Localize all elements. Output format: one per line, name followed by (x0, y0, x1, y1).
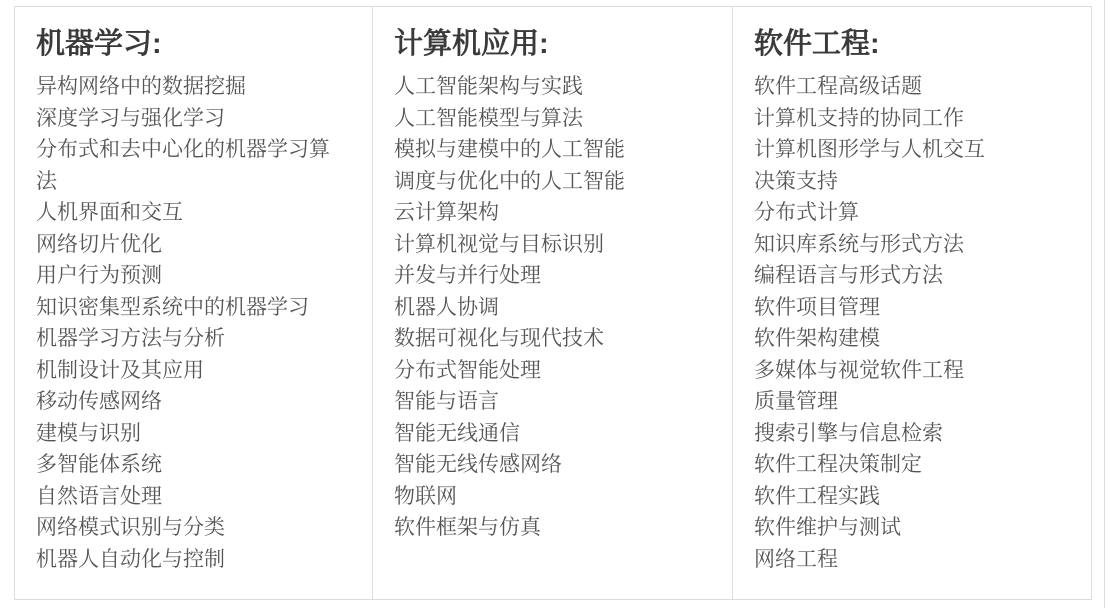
topic-list-computer-applications: 人工智能架构与实践人工智能模型与算法模拟与建模中的人工智能调度与优化中的人工智能… (394, 71, 692, 544)
topic-item: 深度学习与强化学习 (36, 103, 332, 135)
topic-item: 知识库系统与形式方法 (754, 229, 1051, 261)
column-title-machine-learning: 机器学习: (36, 27, 332, 62)
topic-item: 机器人自动化与控制 (36, 544, 332, 576)
topic-item: 机器人协调 (394, 292, 692, 324)
topic-item: 计算机支持的协同工作 (754, 103, 1051, 135)
topic-item: 软件项目管理 (754, 292, 1051, 324)
column-machine-learning: 机器学习: 异构网络中的数据挖掘深度学习与强化学习分布式和去中心化的机器学习算法… (15, 7, 372, 599)
topic-item: 多媒体与视觉软件工程 (754, 355, 1051, 387)
topic-item: 决策支持 (754, 166, 1051, 198)
topic-item: 软件工程实践 (754, 481, 1051, 513)
column-computer-applications: 计算机应用: 人工智能架构与实践人工智能模型与算法模拟与建模中的人工智能调度与优… (372, 7, 732, 599)
topic-item: 分布式计算 (754, 197, 1051, 229)
topic-item: 调度与优化中的人工智能 (394, 166, 692, 198)
topic-item: 异构网络中的数据挖掘 (36, 71, 332, 103)
topic-item: 数据可视化与现代技术 (394, 323, 692, 355)
topic-item: 网络工程 (754, 544, 1051, 576)
topics-page: 机器学习: 异构网络中的数据挖掘深度学习与强化学习分布式和去中心化的机器学习算法… (0, 0, 1106, 608)
topic-item: 软件工程决策制定 (754, 449, 1051, 481)
topic-item: 网络切片优化 (36, 229, 332, 261)
topic-item: 分布式和去中心化的机器学习算法 (36, 134, 332, 197)
topic-item: 网络模式识别与分类 (36, 512, 332, 544)
topic-item: 人工智能模型与算法 (394, 103, 692, 135)
topic-item: 建模与识别 (36, 418, 332, 450)
topic-item: 软件工程高级话题 (754, 71, 1051, 103)
column-software-engineering: 软件工程: 软件工程高级话题计算机支持的协同工作计算机图形学与人机交互决策支持分… (732, 7, 1091, 599)
topic-item: 移动传感网络 (36, 386, 332, 418)
topic-item: 软件架构建模 (754, 323, 1051, 355)
topic-item: 人机界面和交互 (36, 197, 332, 229)
topic-item: 软件框架与仿真 (394, 512, 692, 544)
topic-item: 质量管理 (754, 386, 1051, 418)
column-title-software-engineering: 软件工程: (754, 27, 1051, 62)
topics-table: 机器学习: 异构网络中的数据挖掘深度学习与强化学习分布式和去中心化的机器学习算法… (14, 6, 1092, 600)
topic-item: 多智能体系统 (36, 449, 332, 481)
column-title-computer-applications: 计算机应用: (394, 27, 692, 62)
topic-item: 计算机视觉与目标识别 (394, 229, 692, 261)
topic-item: 智能无线传感网络 (394, 449, 692, 481)
topic-item: 自然语言处理 (36, 481, 332, 513)
topic-item: 模拟与建模中的人工智能 (394, 134, 692, 166)
topic-item: 云计算架构 (394, 197, 692, 229)
topic-list-software-engineering: 软件工程高级话题计算机支持的协同工作计算机图形学与人机交互决策支持分布式计算知识… (754, 71, 1051, 575)
topic-item: 软件维护与测试 (754, 512, 1051, 544)
topic-list-machine-learning: 异构网络中的数据挖掘深度学习与强化学习分布式和去中心化的机器学习算法人机界面和交… (36, 71, 332, 575)
topic-item: 计算机图形学与人机交互 (754, 134, 1051, 166)
topic-item: 智能无线通信 (394, 418, 692, 450)
topic-item: 知识密集型系统中的机器学习 (36, 292, 332, 324)
page-edge-divider (1104, 0, 1105, 608)
topic-item: 机制设计及其应用 (36, 355, 332, 387)
topic-item: 并发与并行处理 (394, 260, 692, 292)
topic-item: 搜索引擎与信息检索 (754, 418, 1051, 450)
topic-item: 编程语言与形式方法 (754, 260, 1051, 292)
topic-item: 机器学习方法与分析 (36, 323, 332, 355)
topic-item: 用户行为预测 (36, 260, 332, 292)
topic-item: 智能与语言 (394, 386, 692, 418)
topic-item: 分布式智能处理 (394, 355, 692, 387)
topic-item: 物联网 (394, 481, 692, 513)
topic-item: 人工智能架构与实践 (394, 71, 692, 103)
